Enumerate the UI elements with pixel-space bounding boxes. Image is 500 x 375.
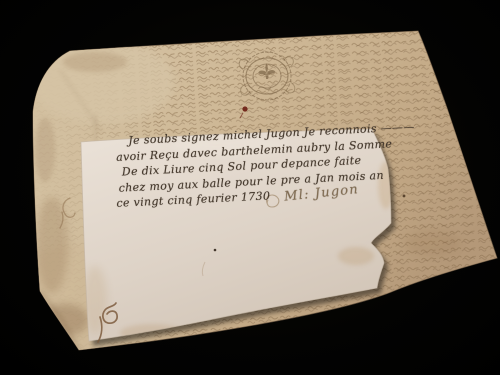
manuscript-photo-art (0, 0, 500, 375)
photograph-of-manuscript: Je soubs signez michel Jugon Je reconnoi… (0, 0, 500, 375)
receipt-paper (81, 129, 394, 342)
red-wax-speck (242, 106, 247, 111)
